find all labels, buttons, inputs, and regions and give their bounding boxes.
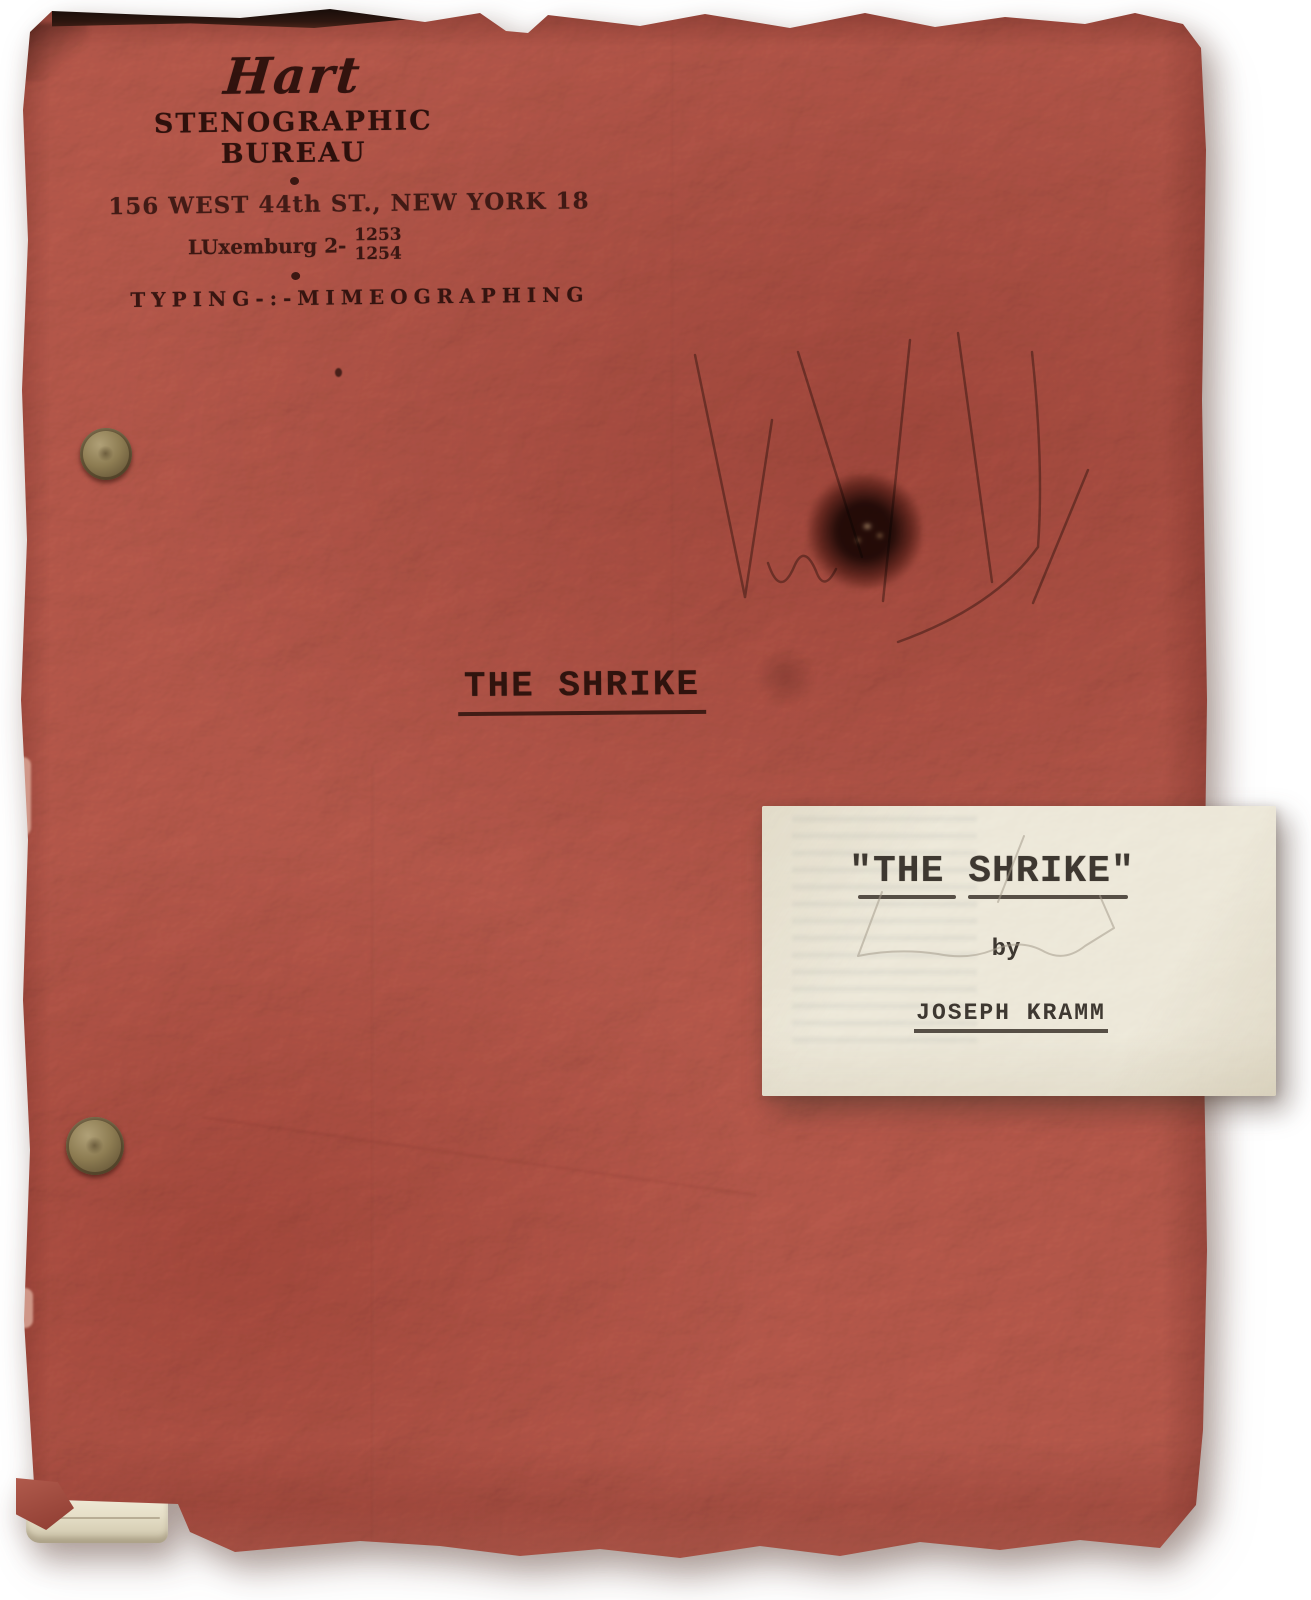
pencil-scribble [20, 5, 1210, 1565]
script-book: Hart STENOGRAPHIC BUREAU 156 WEST 44th S… [0, 0, 1311, 1600]
photo-scene: Hart STENOGRAPHIC BUREAU 156 WEST 44th S… [0, 0, 1311, 1600]
title-page-card: "THE SHRIKE" by JOSEPH KRAMM [762, 806, 1276, 1096]
script-cover: Hart STENOGRAPHIC BUREAU 156 WEST 44th S… [20, 5, 1210, 1565]
brass-brad-bottom [66, 1117, 124, 1175]
pencil-mark [762, 806, 1276, 1096]
brass-brad-top [80, 428, 132, 480]
